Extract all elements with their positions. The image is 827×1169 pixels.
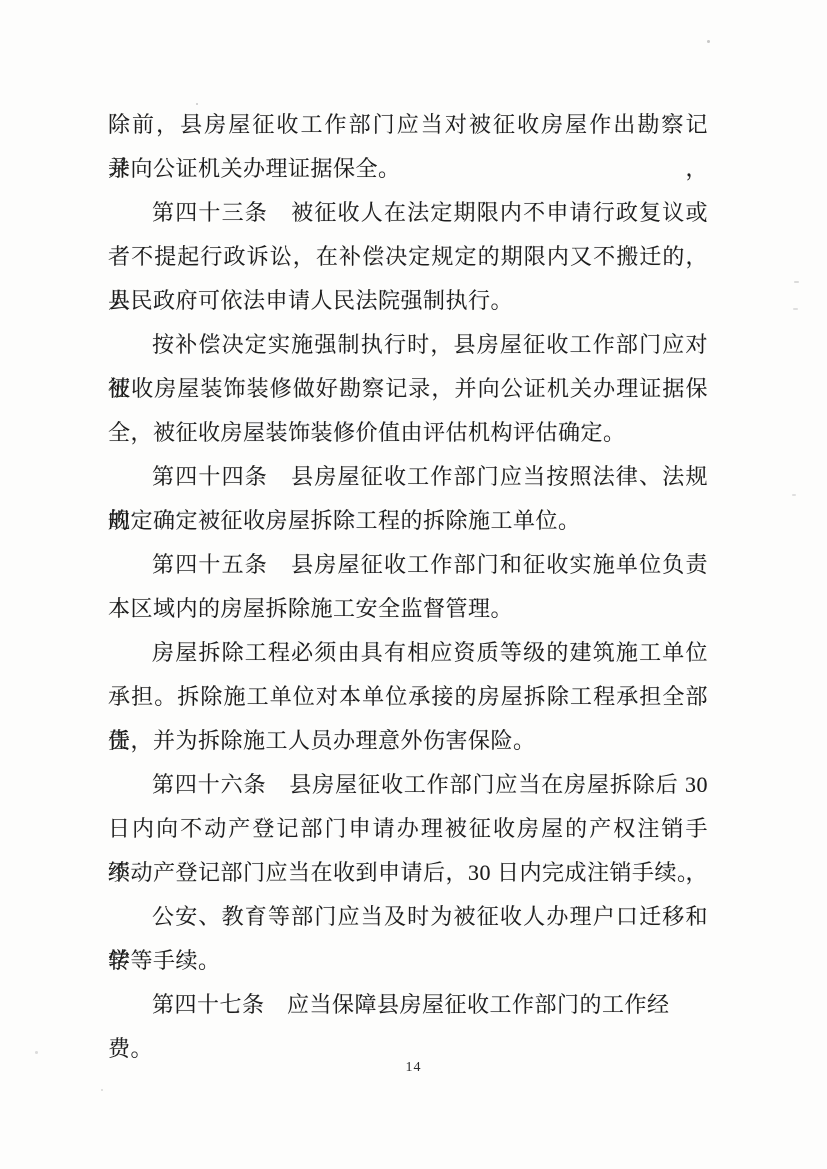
document-body: 除前，县房屋征收工作部门应当对被征收房屋作出勘察记录， 并向公证机关办理证据保全… — [108, 103, 708, 1027]
text-line: 不动产登记部门应当在收到申请后，30 日内完成注销手续。 — [108, 851, 708, 895]
text-line: 规定确定被征收房屋拆除工程的拆除施工单位。 — [108, 499, 708, 543]
text-line-article-45: 第四十五条 县房屋征收工作部门和征收实施单位负责 — [108, 543, 708, 587]
text-line: 公安、教育等部门应当及时为被征收人办理户口迁移和转 — [108, 895, 708, 939]
text-line: 全，被征收房屋装饰装修价值由评估机构评估确定。 — [108, 411, 708, 455]
scan-speck — [196, 103, 198, 105]
text-line: 者不提起行政诉讼，在补偿决定规定的期限内又不搬迁的，县 — [108, 235, 708, 279]
text-line: 任，并为拆除施工人员办理意外伤害保险。 — [108, 719, 708, 763]
text-line: 日内向不动产登记部门申请办理被征收房屋的产权注销手续， — [108, 807, 708, 851]
text-line: 征收房屋装饰装修做好勘察记录，并向公证机关办理证据保 — [108, 367, 708, 411]
scan-speck — [792, 494, 796, 496]
text-line: 学等手续。 — [108, 939, 708, 983]
text-line: 按补偿决定实施强制执行时，县房屋征收工作部门应对被 — [108, 323, 708, 367]
text-line: 本区域内的房屋拆除施工安全监督管理。 — [108, 587, 708, 631]
scan-speck — [707, 40, 710, 43]
text-line-article-43: 第四十三条 被征收人在法定期限内不申请行政复议或 — [108, 191, 708, 235]
text-line: 除前，县房屋征收工作部门应当对被征收房屋作出勘察记录， — [108, 103, 708, 147]
text-line: 承担。拆除施工单位对本单位承接的房屋拆除工程承担全部责 — [108, 675, 708, 719]
text-line-article-46: 第四十六条 县房屋征收工作部门应当在房屋拆除后 30 — [108, 763, 708, 807]
text-line: 房屋拆除工程必须由具有相应资质等级的建筑施工单位 — [108, 631, 708, 675]
text-line-article-44: 第四十四条 县房屋征收工作部门应当按照法律、法规的 — [108, 455, 708, 499]
scan-speck — [35, 1051, 38, 1054]
scanned-document-page: 除前，县房屋征收工作部门应当对被征收房屋作出勘察记录， 并向公证机关办理证据保全… — [0, 0, 827, 1169]
scan-speck — [101, 1089, 103, 1091]
text-line-article-47: 第四十七条 应当保障县房屋征收工作部门的工作经费。 — [108, 983, 708, 1027]
page-number: 14 — [0, 1060, 827, 1076]
scan-speck — [794, 281, 799, 283]
text-line: 人民政府可依法申请人民法院强制执行。 — [108, 279, 708, 323]
scan-speck — [793, 308, 798, 310]
